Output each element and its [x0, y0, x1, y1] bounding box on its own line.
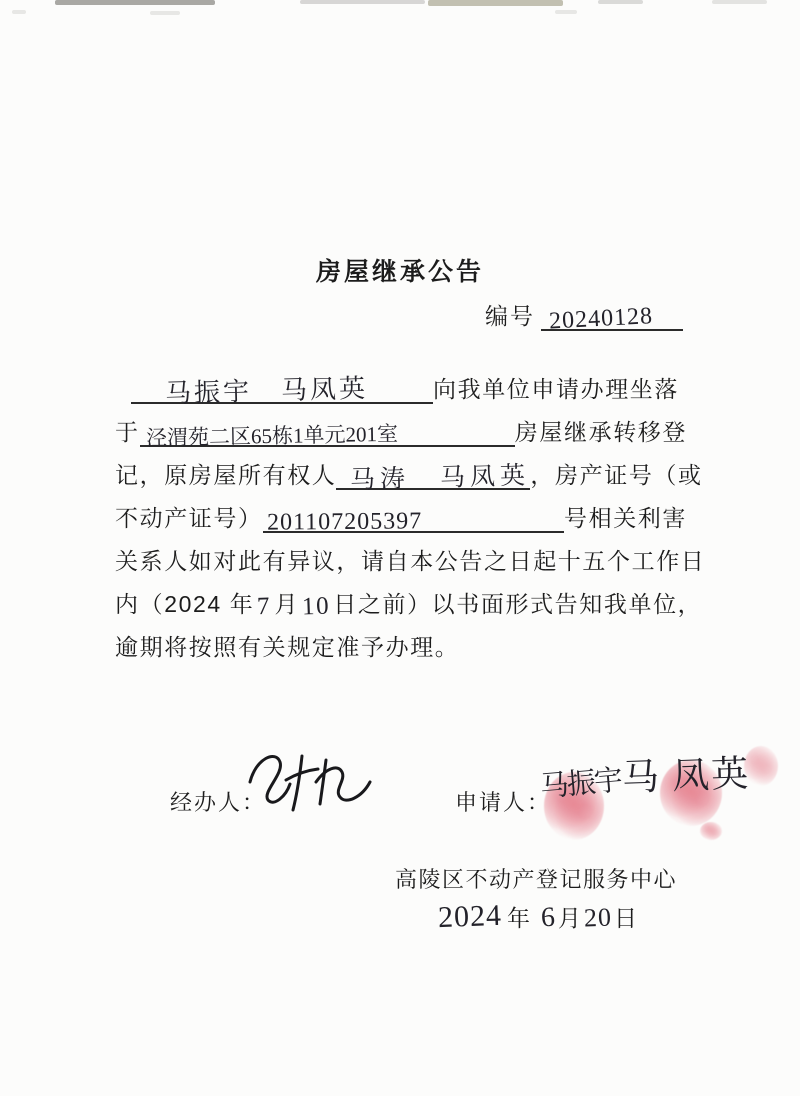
owner-names-blank: 马涛 马凤英	[336, 463, 530, 490]
address-blank: 泾渭苑二区65栋1单元201室	[140, 424, 515, 447]
deadline-day-handwritten: 10	[302, 594, 331, 620]
owner-names-handwritten: 马涛 马凤英	[336, 463, 531, 493]
scan-artifact	[598, 0, 643, 4]
serial-row: 编号 20240128	[485, 298, 683, 331]
address-handwritten: 泾渭苑二区65栋1单元201室	[139, 424, 397, 449]
body-text: 于	[115, 419, 140, 447]
certificate-no-handwritten: 201107205397	[263, 509, 422, 534]
body-text: 房屋继承转移登	[515, 419, 687, 447]
fingerprint-speckle-icon	[700, 822, 722, 840]
body-text: 号相关利害	[564, 505, 687, 533]
deadline-month-handwritten: 7	[257, 594, 272, 619]
scan-artifact	[55, 0, 215, 5]
body-line-3: 记，原房屋所有权人 马涛 马凤英 ，房产证号（或	[115, 456, 687, 490]
date-row: 2024 年 6 月 20 日	[438, 900, 638, 933]
scanned-document-page: 房屋继承公告 编号 20240128 马振宇 马凤英 向我单位申请办理坐落 于 …	[0, 0, 800, 1096]
certificate-no-blank: 201107205397	[263, 507, 564, 533]
scan-artifact	[150, 11, 180, 15]
body-text: 不动产证号）	[115, 505, 263, 533]
applicant-names-handwritten: 马振宇 马凤英	[131, 376, 369, 408]
body-line-1: 马振宇 马凤英 向我单位申请办理坐落	[115, 370, 687, 404]
body-line-6: 内（2024 年 7 月 10 日之前）以书面形式告知我单位，	[115, 585, 687, 619]
document-title: 房屋继承公告	[0, 252, 800, 288]
body-text: 关系人如对此有异议，请自本公告之日起十五个工作日	[115, 548, 705, 576]
body-text: 月	[274, 591, 299, 619]
body-line-4: 不动产证号） 201107205397 号相关利害	[115, 499, 687, 533]
body-line-2: 于 泾渭苑二区65栋1单元201室 房屋继承转移登	[115, 413, 687, 447]
month-label: 月	[558, 900, 582, 933]
body-text: 内（2024 年	[115, 591, 254, 619]
body-line-7: 逾期将按照有关规定准予办理。	[115, 628, 687, 662]
serial-label: 编号	[485, 298, 535, 331]
day-label: 日	[614, 900, 638, 933]
date-month-handwritten: 6	[541, 904, 557, 933]
applicant-names-blank: 马振宇 马凤英	[131, 376, 433, 404]
scan-artifact	[555, 10, 577, 14]
serial-blank-line: 20240128	[541, 305, 683, 331]
body-text: ，房产证号（或	[530, 462, 702, 490]
date-day-handwritten: 20	[584, 905, 613, 932]
serial-handwritten-value: 20240128	[541, 304, 654, 334]
body-text: 日之前）以书面形式告知我单位，	[333, 591, 702, 619]
body-text: 逾期将按照有关规定准予办理。	[115, 634, 459, 662]
scan-artifact	[428, 0, 563, 6]
handler-signature-icon	[238, 742, 378, 830]
scan-artifact	[712, 0, 767, 4]
body-line-5: 关系人如对此有异议，请自本公告之日起十五个工作日	[115, 542, 687, 576]
scan-artifact	[300, 0, 425, 4]
applicant-signature-1: 马振宇	[539, 767, 622, 803]
year-label: 年	[507, 900, 531, 933]
scan-artifact	[12, 10, 26, 14]
applicant-label: 申请人：	[455, 786, 551, 817]
applicant-signature-2: 马 凤英	[621, 756, 750, 797]
date-year-handwritten: 2024	[437, 901, 502, 933]
body-text: 记，原房屋所有权人	[115, 462, 336, 490]
organization-name: 高陵区不动产登记服务中心	[395, 863, 677, 894]
body-text: 向我单位申请办理坐落	[433, 376, 679, 404]
